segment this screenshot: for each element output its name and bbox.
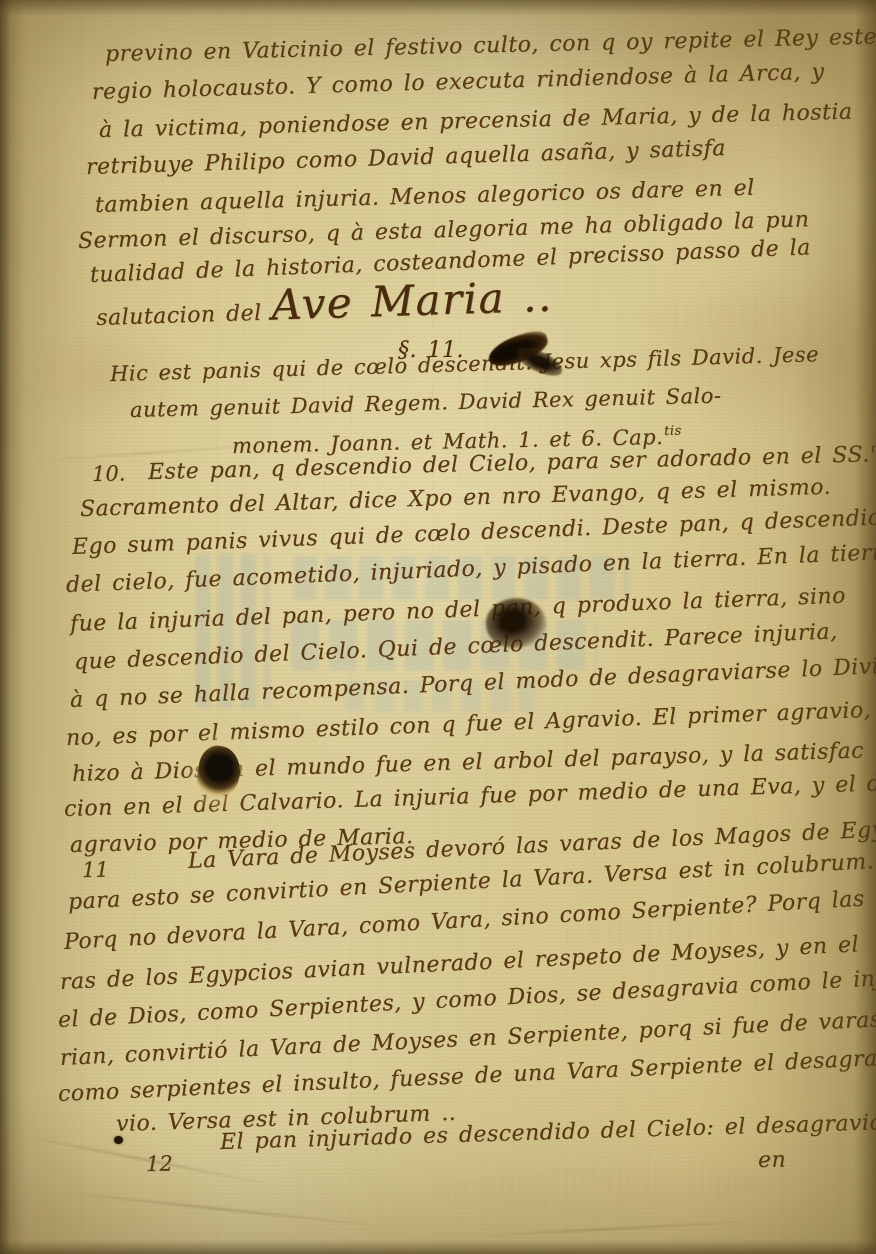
margin-paragraph-number: 12 [146, 1152, 173, 1176]
show-through-ghost [610, 297, 811, 334]
page-edge-top [0, 0, 876, 16]
page-edge-left [0, 0, 26, 1254]
margin-paragraph-number: 10. [92, 461, 126, 486]
superscript-abbreviation: tis [664, 424, 682, 439]
ink-dot [114, 1136, 123, 1144]
manuscript-line: regio holocausto. Y como lo executa rind… [92, 60, 825, 105]
superscript-abbreviation: mo [870, 441, 876, 457]
paper-crease [41, 1189, 399, 1229]
manuscript-line: retribuye Philipo como David aquella asa… [86, 136, 727, 180]
show-through-ghost [429, 1162, 760, 1215]
catchword: en [758, 1148, 787, 1173]
manuscript-page: previno en Vaticinio el festivo culto, c… [0, 0, 876, 1254]
manuscript-line: à la victima, poniendose en precensia de… [99, 100, 853, 143]
latin-quote-line: Hic est panis qui de cœlo descendit. Jes… [110, 342, 820, 386]
paper-crease [460, 1220, 760, 1238]
ave-maria-flourish: Ave Maria .. [271, 272, 554, 330]
latin-quote-line: autem genuit David Regem. David Rex genu… [130, 384, 722, 422]
margin-paragraph-number: 11 [82, 858, 109, 882]
line-text: salutacion del [96, 301, 262, 331]
page-edge-bottom [0, 1240, 876, 1254]
